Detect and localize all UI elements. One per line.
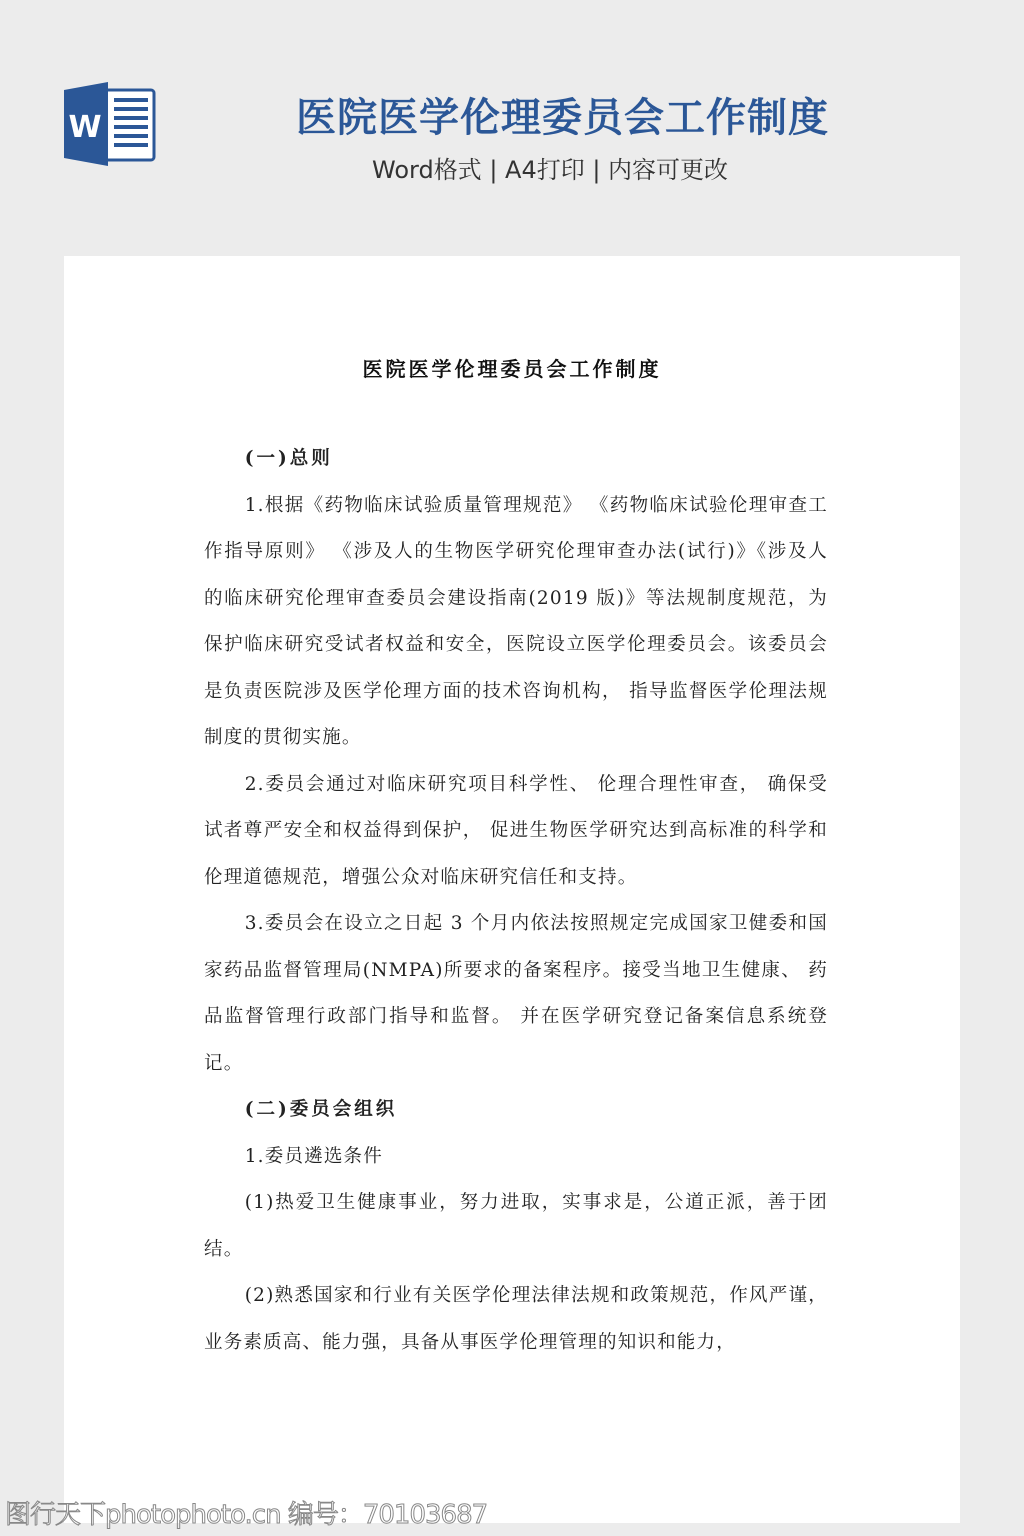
document-page: 医院医学伦理委员会工作制度 (一)总则 1.根据《药物临床试验质量管理规范》 《…	[64, 256, 960, 1523]
document-body: (一)总则 1.根据《药物临床试验质量管理规范》 《药物临床试验伦理审查工作指导…	[204, 436, 828, 1366]
watermark: 图行天下photophoto.cn 编号：70103687	[5, 1494, 487, 1531]
header-subtitle: Word格式 | A4打印 | 内容可更改	[372, 152, 728, 188]
paragraph: 1.委员遴选条件	[204, 1134, 828, 1181]
word-icon: W	[64, 82, 156, 166]
paragraph: 2.委员会通过对临床研究项目科学性、 伦理合理性审查， 确保受试者尊严安全和权益…	[204, 762, 828, 902]
section-heading: (一)总则	[204, 436, 828, 483]
paragraph: (2)熟悉国家和行业有关医学伦理法律法规和政策规范，作风严谨，业务素质高、能力强…	[204, 1273, 828, 1366]
svg-text:W: W	[68, 110, 101, 145]
header-title: 医院医学伦理委员会工作制度	[296, 90, 826, 146]
document-title: 医院医学伦理委员会工作制度	[64, 354, 960, 384]
paragraph: 1.根据《药物临床试验质量管理规范》 《药物临床试验伦理审查工作指导原则》 《涉…	[204, 483, 828, 762]
paragraph: 3.委员会在设立之日起 3 个月内依法按照规定完成国家卫健委和国家药品监督管理局…	[204, 901, 828, 1087]
section-heading: (二)委员会组织	[204, 1087, 828, 1134]
header: W 医院医学伦理委员会工作制度 Word格式 | A4打印 | 内容可更改	[0, 0, 1024, 256]
paragraph: (1)热爱卫生健康事业，努力进取，实事求是，公道正派，善于团结。	[204, 1180, 828, 1273]
